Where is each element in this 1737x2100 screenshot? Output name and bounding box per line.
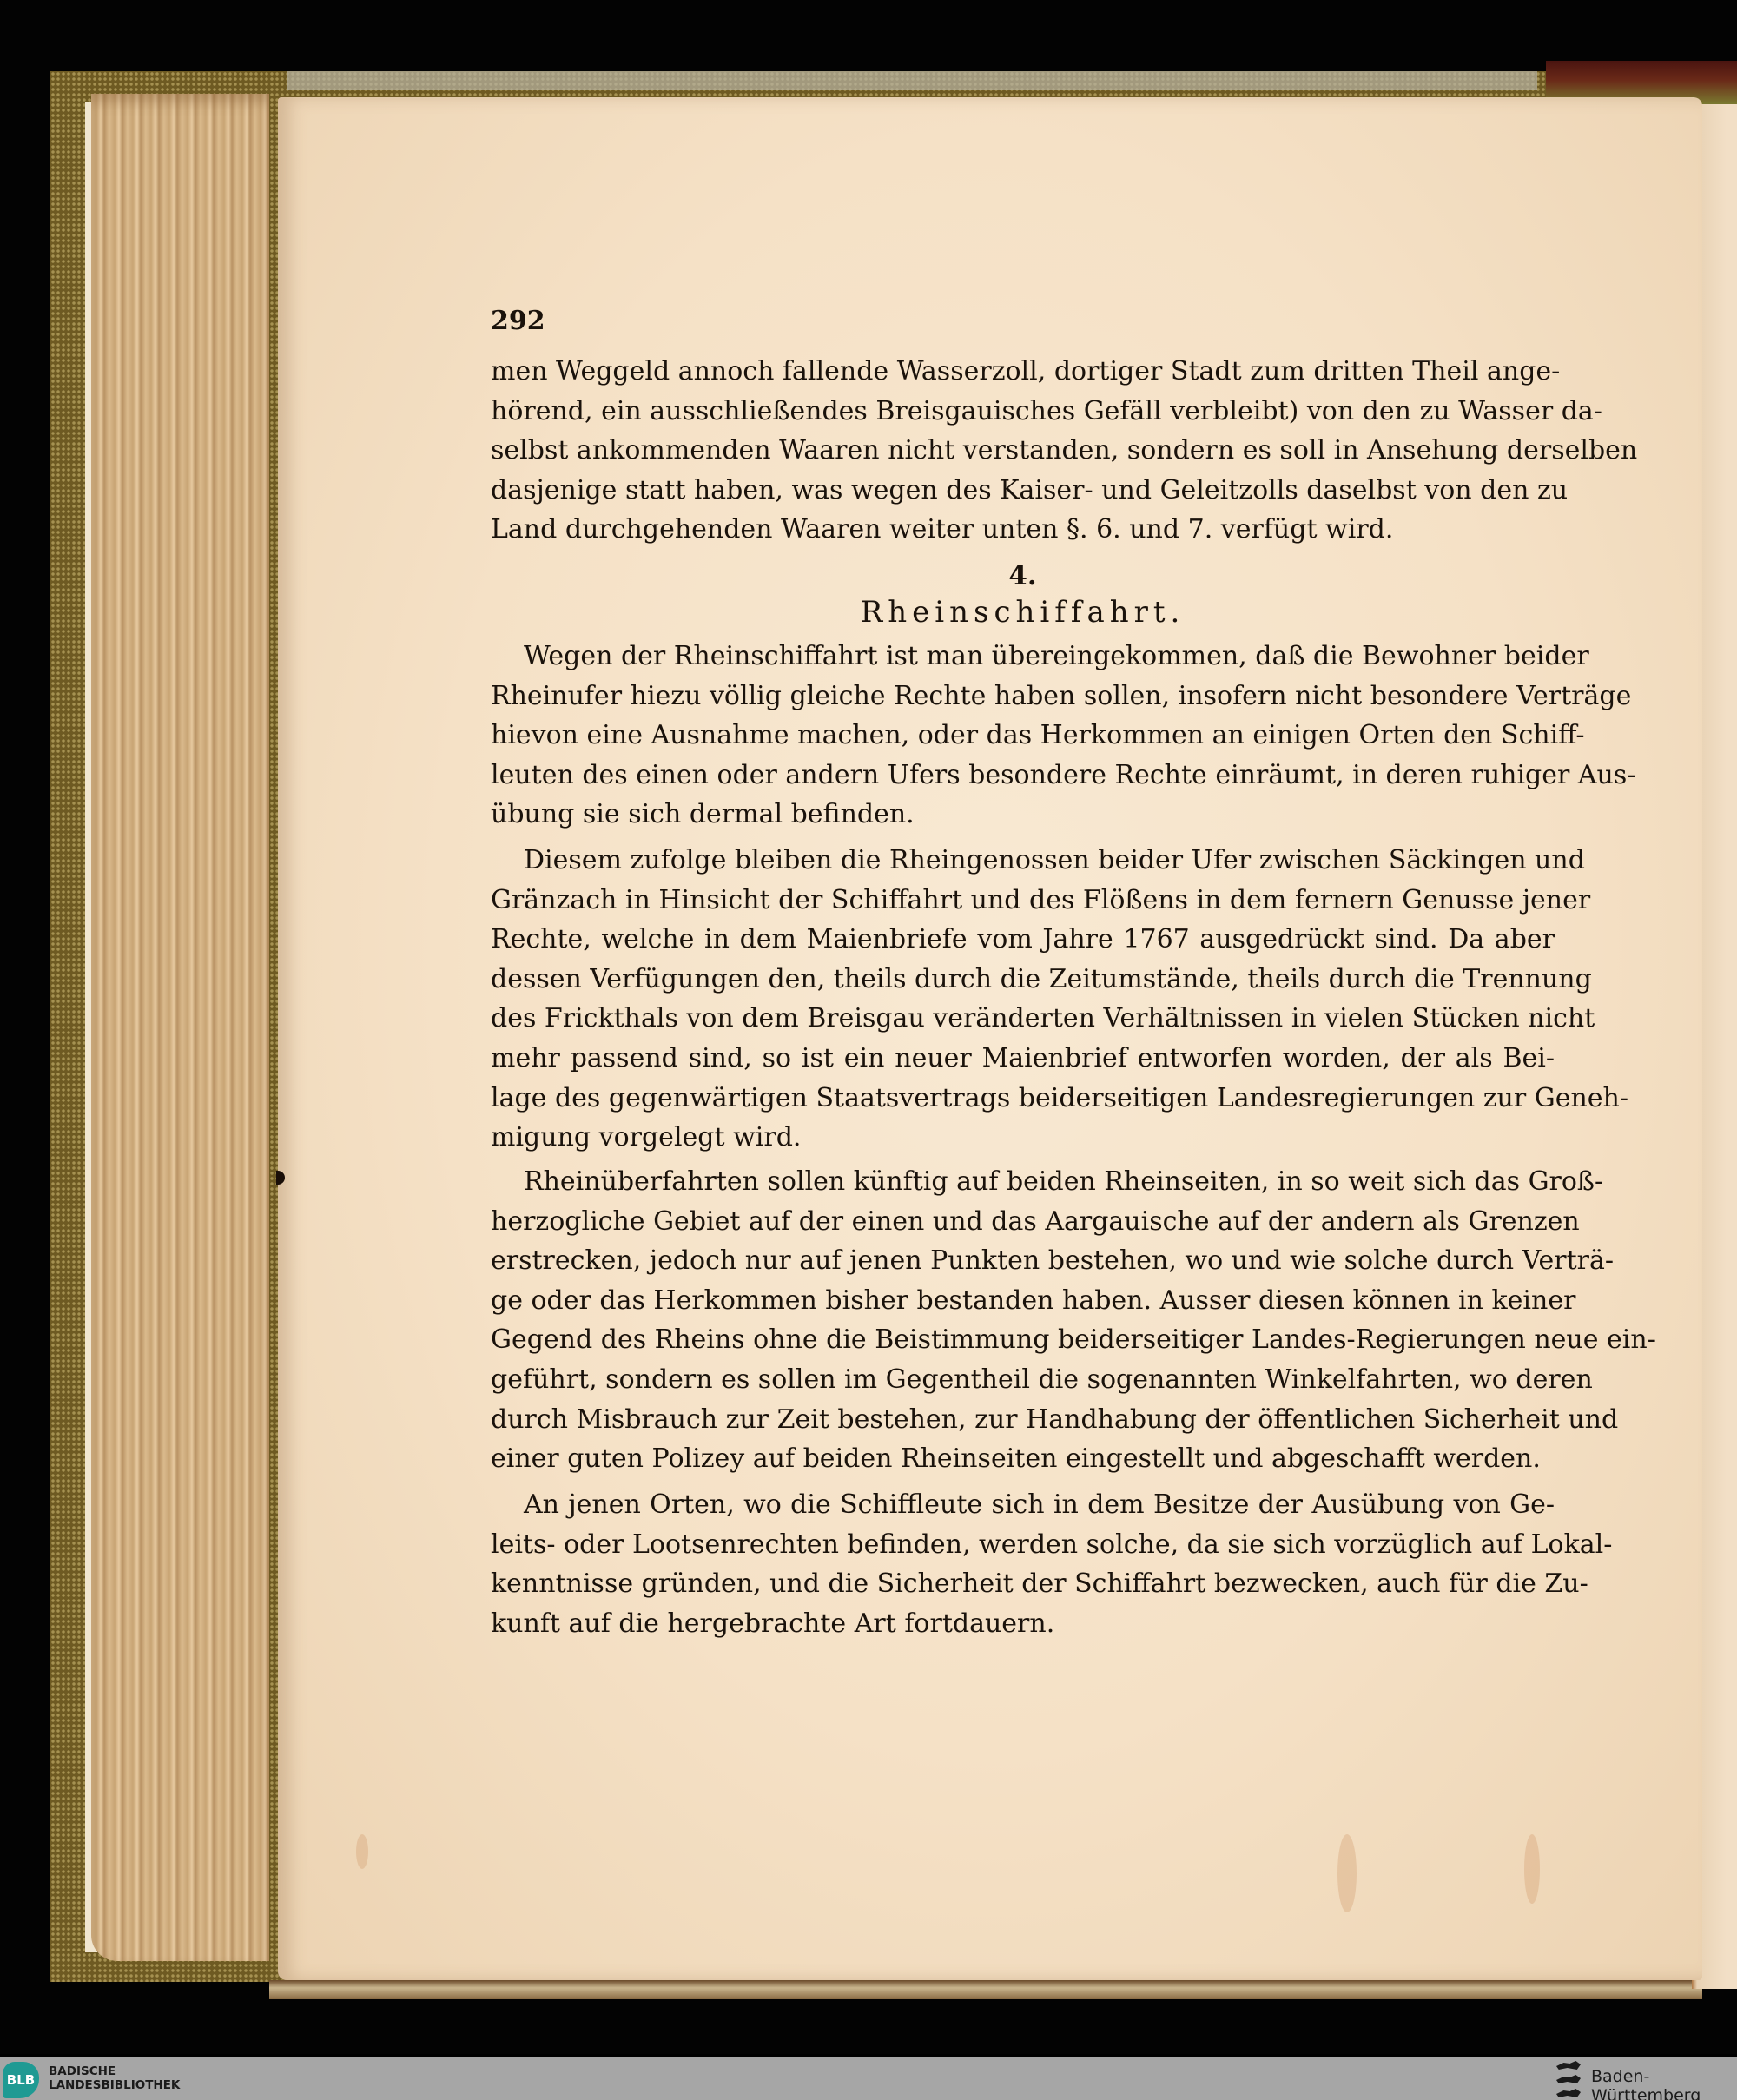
lion-icon <box>1556 2075 1581 2083</box>
text-line: Rheinüberfahrten sollen künftig auf beid… <box>491 1162 1555 1202</box>
text-line: kunft auf die hergebrachte Art fortdauer… <box>491 1604 1555 1644</box>
text-line: leits- oder Lootsenrechten befinden, wer… <box>491 1525 1555 1565</box>
text-line: übung sie sich dermal befinden. <box>491 795 1555 835</box>
left-page-stack <box>91 94 269 1961</box>
text-line: Wegen der Rheinschiffahrt ist man überei… <box>491 637 1555 677</box>
foxing-stain <box>356 1834 368 1869</box>
text-line: Rheinufer hiezu völlig gleiche Rechte ha… <box>491 677 1555 717</box>
text-line: kenntnisse gründen, und die Sicherheit d… <box>491 1564 1555 1604</box>
library-name-line2: LANDESBIBLIOTHEK <box>49 2078 180 2092</box>
section-number: 4. <box>491 560 1555 591</box>
text-line: durch Misbrauch zur Zeit bestehen, zur H… <box>491 1400 1555 1440</box>
foxing-stain <box>1337 1834 1357 1912</box>
cover-top-edge <box>287 71 1537 90</box>
text-line: selbst ankommenden Waaren nicht verstand… <box>491 431 1555 471</box>
text-line: Gränzach in Hinsicht der Schiffahrt und … <box>491 881 1555 921</box>
text-line: Gegend des Rheins ohne die Beistimmung b… <box>491 1320 1555 1360</box>
baden-wuerttemberg-lions-icon <box>1556 2061 1582 2097</box>
bottom-page-edges <box>269 1980 1702 1999</box>
text-line: Land durchgehenden Waaren weiter unten §… <box>491 510 1555 550</box>
state-name-link[interactable]: Baden-Württemberg <box>1591 2067 1737 2100</box>
text-line: geführt, sondern es sollen im Gegentheil… <box>491 1360 1555 1400</box>
text-line: dessen Verfügungen den, theils durch die… <box>491 960 1555 1000</box>
text-line: Rechte, welche in dem Maienbriefe vom Ja… <box>491 920 1555 960</box>
blb-logo[interactable]: BLB <box>3 2062 39 2098</box>
text-line: An jenen Orten, wo die Schiffleute sich … <box>491 1485 1555 1525</box>
paragraph: Wegen der Rheinschiffahrt ist man überei… <box>491 637 1555 835</box>
text-line: men Weggeld annoch fallende Wasserzoll, … <box>491 352 1555 392</box>
page-number: 292 <box>491 306 545 336</box>
text-line: erstrecken, jedoch nur auf jenen Punkten… <box>491 1241 1555 1281</box>
library-name: BADISCHE LANDESBIBLIOTHEK <box>49 2064 180 2092</box>
continuation-paragraph: men Weggeld annoch fallende Wasserzoll, … <box>491 352 1555 550</box>
foxing-stain <box>1524 1834 1540 1904</box>
paragraph: An jenen Orten, wo die Schiffleute sich … <box>491 1485 1555 1643</box>
footer-bar: BLB BADISCHE LANDESBIBLIOTHEK Baden-Würt… <box>0 2057 1737 2100</box>
section-title: Rheinschiffahrt. <box>491 595 1555 630</box>
library-name-line1: BADISCHE <box>49 2064 180 2078</box>
lion-icon <box>1556 2089 1581 2097</box>
text-line: ge oder das Herkommen bisher bestanden h… <box>491 1281 1555 1321</box>
text-line: herzogliche Gebiet auf der einen und das… <box>491 1202 1555 1242</box>
text-line: mehr passend sind, so ist ein neuer Maie… <box>491 1039 1555 1079</box>
text-line: lage des gegenwärtigen Staatsvertrags be… <box>491 1079 1555 1119</box>
lion-icon <box>1556 2061 1581 2070</box>
text-line: leuten des einen oder andern Ufers beson… <box>491 756 1555 796</box>
paragraph: Rheinüberfahrten sollen künftig auf beid… <box>491 1162 1555 1479</box>
text-line: einer guten Polizey auf beiden Rheinseit… <box>491 1439 1555 1479</box>
text-line: hörend, ein ausschließendes Breisgauisch… <box>491 392 1555 432</box>
text-line: dasjenige statt haben, was wegen des Kai… <box>491 471 1555 511</box>
paragraph: Diesem zufolge bleiben die Rheingenossen… <box>491 841 1555 1158</box>
text-line: des Frickthals von dem Breisgau veränder… <box>491 999 1555 1039</box>
text-line: Diesem zufolge bleiben die Rheingenossen… <box>491 841 1555 881</box>
text-line: hievon eine Ausnahme machen, oder das He… <box>491 716 1555 756</box>
text-line: migung vorgelegt wird. <box>491 1118 1555 1158</box>
